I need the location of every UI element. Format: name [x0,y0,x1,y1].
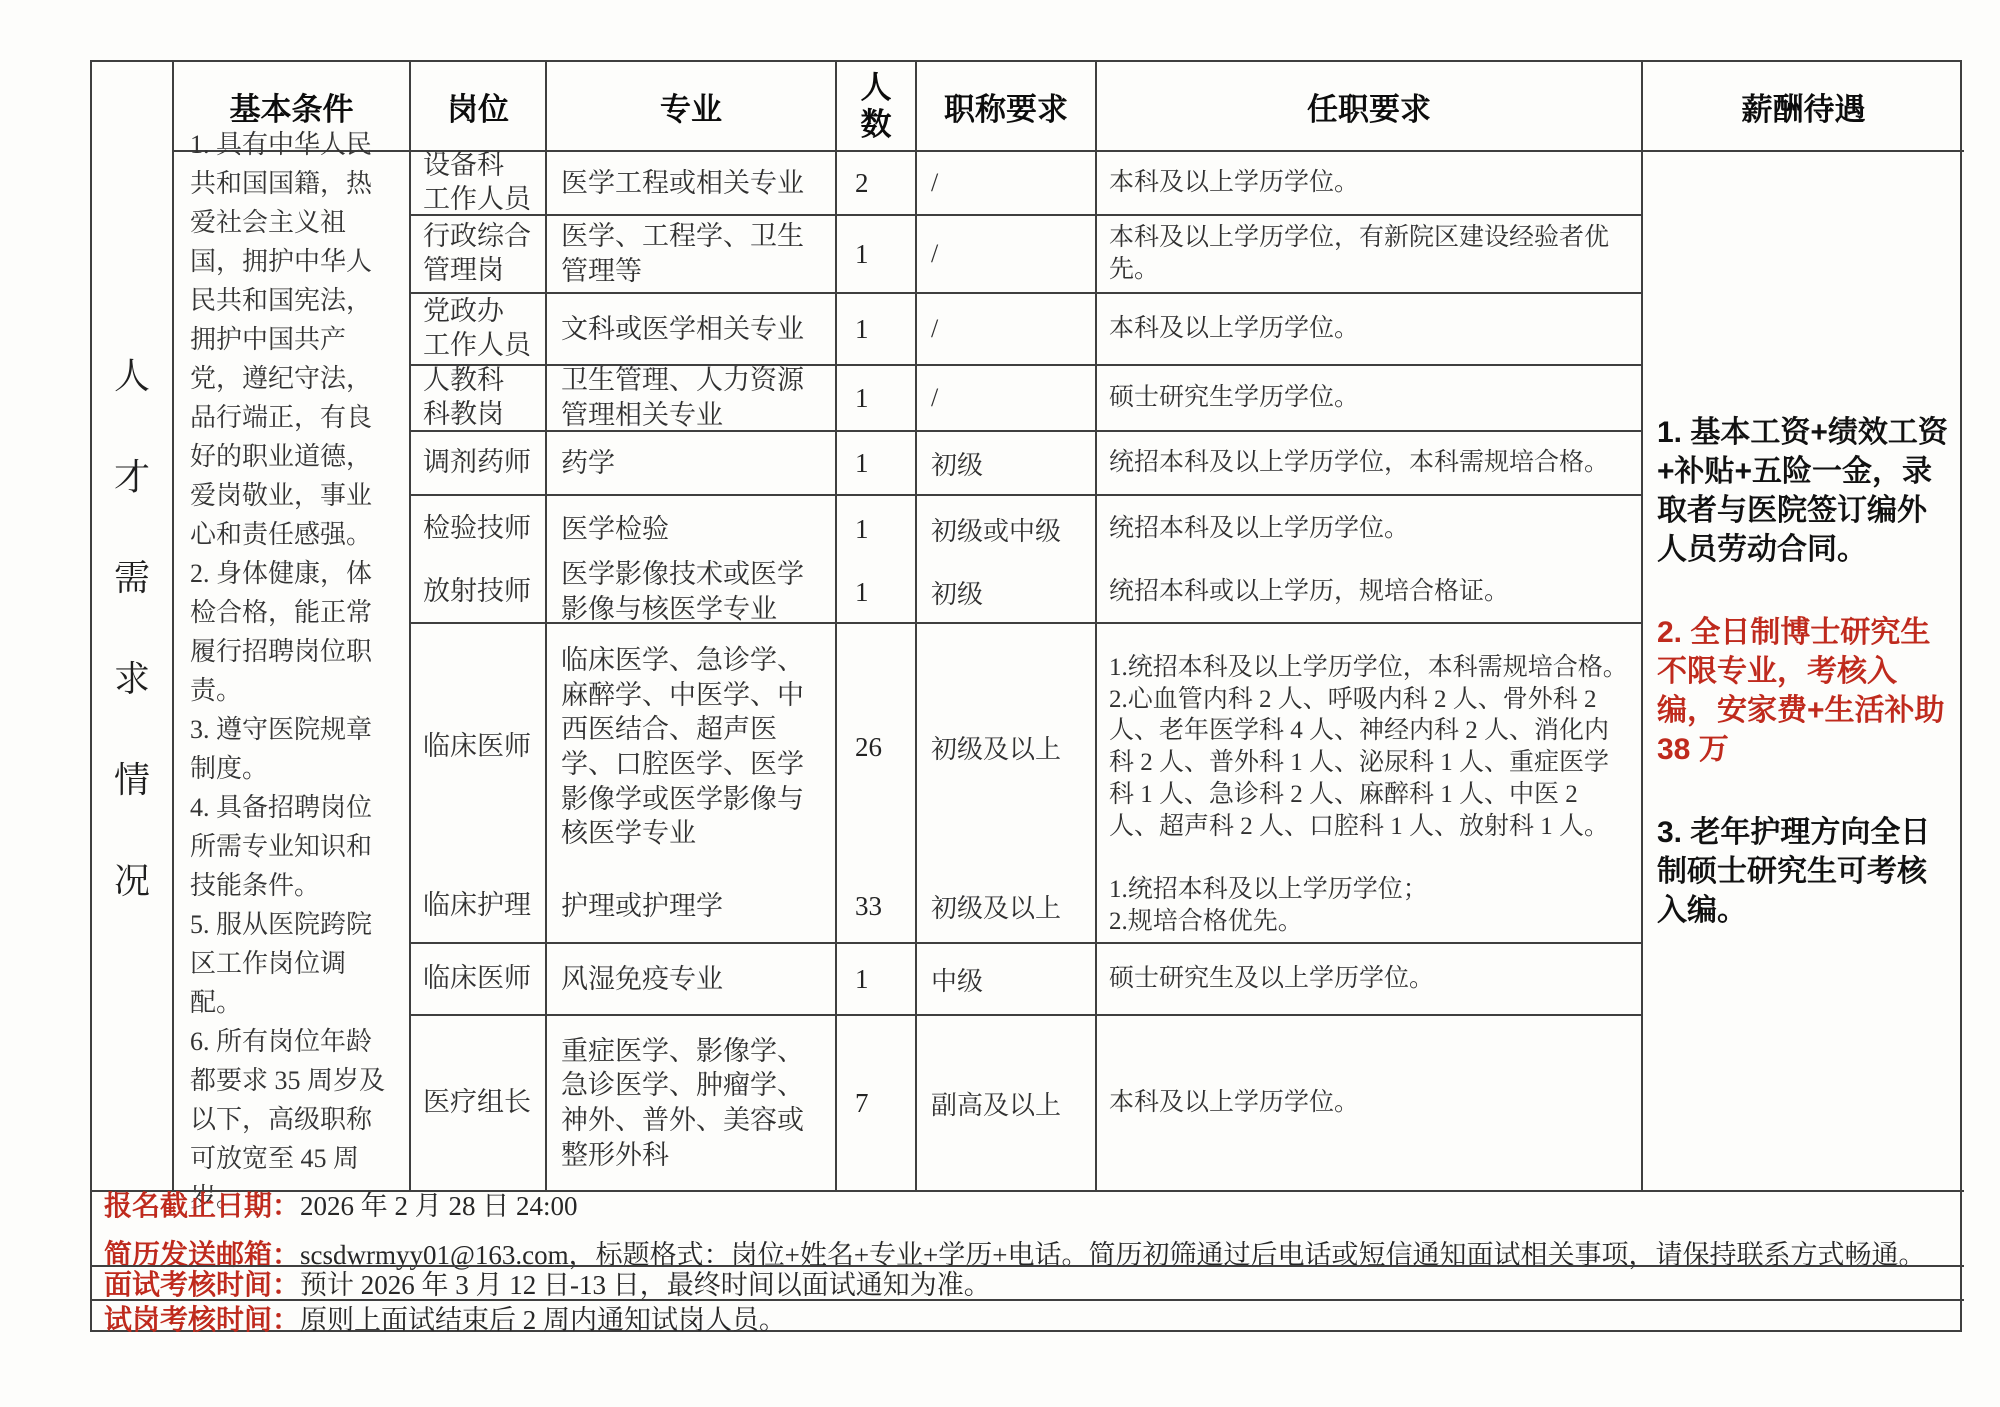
major-cell: 风湿免疫专业 [545,942,835,1014]
title-req-cell: 初级 [915,562,1095,622]
footer-trial-row: 试岗考核时间： 原则上面试结束后 2 周内通知试岗人员。 [92,1299,1964,1334]
count-cell: 1 [835,214,915,292]
major-cell: 临床医学、急诊学、麻醉学、中医学、中西医结合、超声医学、口腔医学、医学影像学或医… [545,622,835,870]
title-req-cell: 副高及以上 [915,1014,1095,1190]
vertical-title-char: 求 [114,651,150,702]
footer-interview-row: 面试考核时间： 预计 2026 年 3 月 12 日-13 日，最终时间以面试通… [92,1265,1964,1299]
trial-line: 试岗考核时间： 原则上面试结束后 2 周内通知试岗人员。 [104,1298,786,1338]
title-req-cell: 中级 [915,942,1095,1014]
position-cell: 医疗组长 [409,1014,545,1190]
position-cell: 行政综合 管理岗 [409,214,545,292]
title-req-cell: 初级或中级 [915,494,1095,562]
title-req-cell: 初级及以上 [915,622,1095,870]
position-cell: 临床医师 [409,942,545,1014]
position-cell: 设备科 工作人员 [409,150,545,214]
header-job-requirement: 任职要求 [1095,62,1641,150]
major-cell: 医学检验 [545,494,835,562]
major-cell: 医学影像技术或医学影像与核医学专业 [545,562,835,622]
basic-condition-item: 3. 遵守医院规章制度。 [190,710,397,788]
title-req-cell: 初级及以上 [915,870,1095,942]
deadline-text: 2026 年 2 月 28 日 24:00 [300,1184,578,1223]
major-cell: 卫生管理、人力资源管理相关专业 [545,364,835,430]
footer-deadline-email-row: 报名截止日期： 2026 年 2 月 28 日 24:00 简历发送邮箱： sc… [92,1190,1964,1265]
vertical-title-char: 才 [114,449,150,500]
title-req-cell: 初级 [915,430,1095,494]
title-req-cell: / [915,150,1095,214]
major-cell: 文科或医学相关专业 [545,292,835,364]
count-cell: 1 [835,364,915,430]
trial-text: 原则上面试结束后 2 周内通知试岗人员。 [300,1298,786,1337]
salary-list: 1. 基本工资+绩效工资+补贴+五险一金，录取者与医院签订编外人员劳动合同。 2… [1643,405,1964,938]
deadline-label: 报名截止日期： [104,1184,300,1224]
vertical-title-char: 情 [114,752,150,803]
major-cell: 药学 [545,430,835,494]
count-cell: 1 [835,430,915,494]
count-cell: 33 [835,870,915,942]
position-cell: 临床护理 [409,870,545,942]
header-count: 人数 [835,62,915,150]
vertical-title: 人 才 需 求 情 况 [92,62,172,1190]
major-cell: 护理或护理学 [545,870,835,942]
job-req-cell: 硕士研究生及以上学历学位。 [1095,942,1641,1014]
header-major: 专业 [545,62,835,150]
major-cell: 医学工程或相关专业 [545,150,835,214]
job-req-cell: 本科及以上学历学位。 [1095,292,1641,364]
basic-conditions-list: 1. 具有中华人民共和国国籍，热爱社会主义祖国，拥护中华人民共和国宪法，拥护中国… [174,115,409,1227]
position-cell: 临床医师 [409,622,545,870]
job-req-cell: 统招本科或以上学历，规培合格证。 [1095,562,1641,622]
position-cell: 人教科 科教岗 [409,364,545,430]
position-cell: 检验技师 [409,494,545,562]
basic-condition-item: 4. 具备招聘岗位所需专业知识和技能条件。 [190,788,397,905]
count-cell: 26 [835,622,915,870]
position-cell: 党政办 工作人员 [409,292,545,364]
count-cell: 7 [835,1014,915,1190]
basic-condition-item: 2. 身体健康，体检合格，能正常履行招聘岗位职责。 [190,554,397,710]
header-title-requirement: 职称要求 [915,62,1095,150]
basic-conditions-cell: 1. 具有中华人民共和国国籍，热爱社会主义祖国，拥护中华人民共和国宪法，拥护中国… [172,150,409,1190]
count-cell: 1 [835,494,915,562]
footer-lines: 报名截止日期： 2026 年 2 月 28 日 24:00 简历发送邮箱： sc… [104,1184,1964,1273]
count-cell: 1 [835,562,915,622]
job-req-cell: 统招本科及以上学历学位，本科需规培合格。 [1095,430,1641,494]
salary-item: 3. 老年护理方向全日制硕士研究生可考核入编。 [1657,813,1954,930]
major-cell: 重症医学、影像学、急诊医学、肿瘤学、神外、普外、美容或整形外科 [545,1014,835,1190]
job-req-cell: 本科及以上学历学位。 [1095,1014,1641,1190]
header-position: 岗位 [409,62,545,150]
job-req-cell: 本科及以上学历学位，有新院区建设经验者优先。 [1095,214,1641,292]
salary-item-highlight: 2. 全日制博士研究生不限专业，考核入编，安家费+生活补助 38 万 [1657,613,1954,769]
major-cell: 医学、工程学、卫生管理等 [545,214,835,292]
basic-condition-item: 5. 服从医院跨院区工作岗位调配。 [190,905,397,1022]
recruitment-notice-page: 人 才 需 求 情 况 基本条件 岗位 专业 人数 职称要求 任职要求 薪酬待遇… [0,0,2000,1407]
count-cell: 1 [835,292,915,364]
vertical-title-char: 况 [114,853,150,904]
job-req-cell: 统招本科及以上学历学位。 [1095,494,1641,562]
header-count-label: 人数 [858,69,894,143]
title-req-cell: / [915,292,1095,364]
salary-item: 1. 基本工资+绩效工资+补贴+五险一金，录取者与医院签订编外人员劳动合同。 [1657,413,1954,569]
vertical-title-char: 人 [114,348,150,399]
deadline-line: 报名截止日期： 2026 年 2 月 28 日 24:00 [104,1184,1964,1224]
job-req-cell: 硕士研究生学历学位。 [1095,364,1641,430]
salary-cell: 1. 基本工资+绩效工资+补贴+五险一金，录取者与医院签订编外人员劳动合同。 2… [1641,150,1964,1190]
job-req-cell: 1.统招本科及以上学历学位，本科需规培合格。 2.心血管内科 2 人、呼吸内科 … [1095,622,1641,870]
title-req-cell: / [915,214,1095,292]
job-req-cell: 1.统招本科及以上学历学位； 2.规培合格优先。 [1095,870,1641,942]
job-req-cell: 本科及以上学历学位。 [1095,150,1641,214]
position-cell: 调剂药师 [409,430,545,494]
trial-label: 试岗考核时间： [104,1298,300,1338]
basic-condition-item: 1. 具有中华人民共和国国籍，热爱社会主义祖国，拥护中华人民共和国宪法，拥护中国… [190,125,397,554]
position-cell: 放射技师 [409,562,545,622]
vertical-title-char: 需 [114,550,150,601]
count-cell: 1 [835,942,915,1014]
talent-demand-table: 人 才 需 求 情 况 基本条件 岗位 专业 人数 职称要求 任职要求 薪酬待遇… [90,60,1962,1332]
count-cell: 2 [835,150,915,214]
interview-text: 预计 2026 年 3 月 12 日-13 日，最终时间以面试通知为准。 [300,1263,991,1302]
title-req-cell: / [915,364,1095,430]
header-salary: 薪酬待遇 [1641,62,1964,150]
